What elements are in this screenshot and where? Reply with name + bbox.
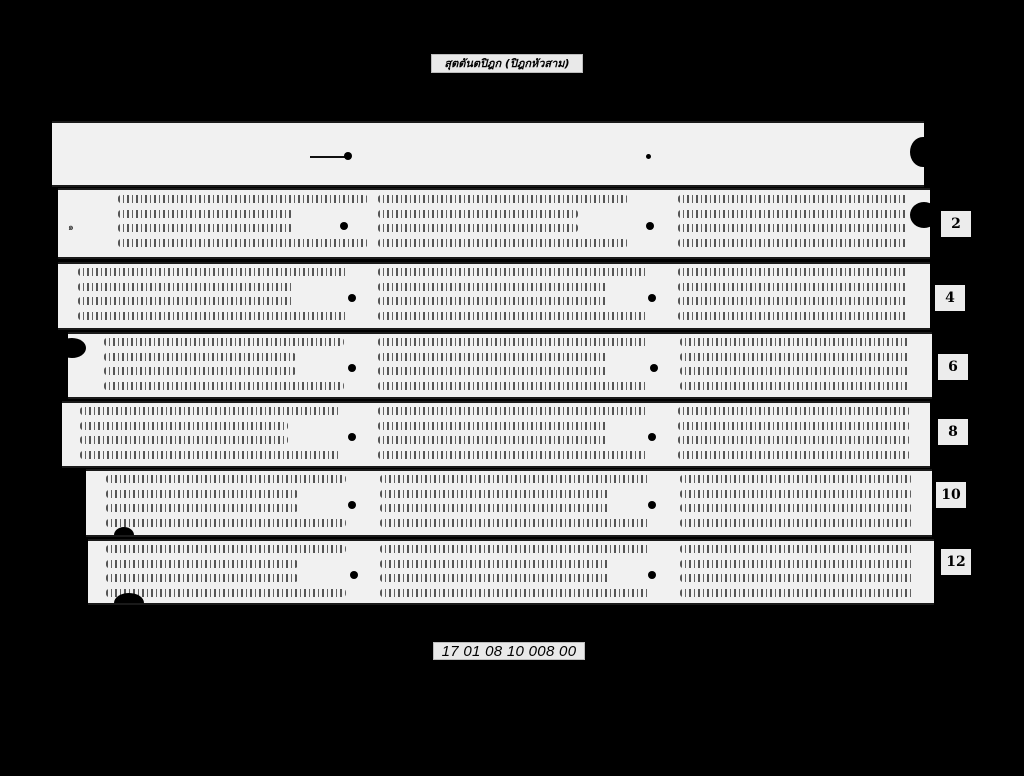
catalog-code-label: 17 01 08 10 008 00 bbox=[433, 642, 585, 660]
binding-hole-left bbox=[340, 222, 348, 230]
torn-edge bbox=[910, 137, 924, 167]
text-block-center bbox=[380, 474, 650, 532]
text-block-center bbox=[378, 337, 648, 395]
binding-hole-left bbox=[348, 501, 356, 509]
ink-smear bbox=[310, 156, 346, 158]
page-number-label: 6 bbox=[938, 354, 968, 380]
title-label: สุตตันตปิฎก (ปิฎกหัวสาม) bbox=[431, 54, 583, 73]
binding-hole-right bbox=[646, 154, 651, 159]
leaf-page-2: ๑ bbox=[58, 188, 930, 259]
page-number-label: 2 bbox=[941, 211, 971, 237]
binding-hole-left bbox=[350, 571, 358, 579]
text-block-left bbox=[80, 406, 340, 464]
binding-hole-left bbox=[348, 433, 356, 441]
leaf-page-6 bbox=[68, 332, 932, 399]
page-number-label: 4 bbox=[935, 285, 965, 311]
binding-hole-right bbox=[648, 294, 656, 302]
torn-edge bbox=[114, 527, 134, 537]
binding-hole-right bbox=[646, 222, 654, 230]
page-number-label: 12 bbox=[941, 549, 971, 575]
page-number-label: 10 bbox=[936, 482, 966, 508]
leaf-page-12 bbox=[88, 539, 934, 605]
text-block-right bbox=[678, 194, 908, 252]
text-block-right bbox=[680, 474, 912, 532]
page-number-label: 8 bbox=[938, 419, 968, 445]
leaf-page-8 bbox=[62, 401, 930, 468]
text-block-center bbox=[378, 406, 648, 464]
binding-hole-right bbox=[648, 501, 656, 509]
text-block-left bbox=[78, 267, 348, 325]
text-block-center bbox=[380, 544, 650, 602]
binding-hole-left bbox=[348, 364, 356, 372]
text-block-left bbox=[106, 544, 346, 602]
binding-hole-right bbox=[650, 364, 658, 372]
leaf-page-4 bbox=[58, 262, 930, 330]
leaf-margin-mark: ๑ bbox=[68, 220, 74, 234]
text-block-left bbox=[104, 337, 344, 395]
binding-hole-right bbox=[648, 571, 656, 579]
text-block-right bbox=[678, 267, 908, 325]
text-block-center bbox=[378, 267, 648, 325]
text-block-right bbox=[680, 337, 910, 395]
text-block-right bbox=[678, 406, 910, 464]
text-block-left bbox=[106, 474, 346, 532]
text-block-left bbox=[118, 194, 368, 252]
torn-edge bbox=[910, 202, 930, 228]
binding-hole-left bbox=[344, 152, 352, 160]
text-block-center bbox=[378, 194, 628, 252]
torn-edge bbox=[68, 338, 86, 358]
binding-hole-right bbox=[648, 433, 656, 441]
leaf-cover bbox=[52, 121, 924, 187]
leaf-page-10 bbox=[86, 469, 932, 537]
text-block-right bbox=[680, 544, 914, 602]
binding-hole-left bbox=[348, 294, 356, 302]
